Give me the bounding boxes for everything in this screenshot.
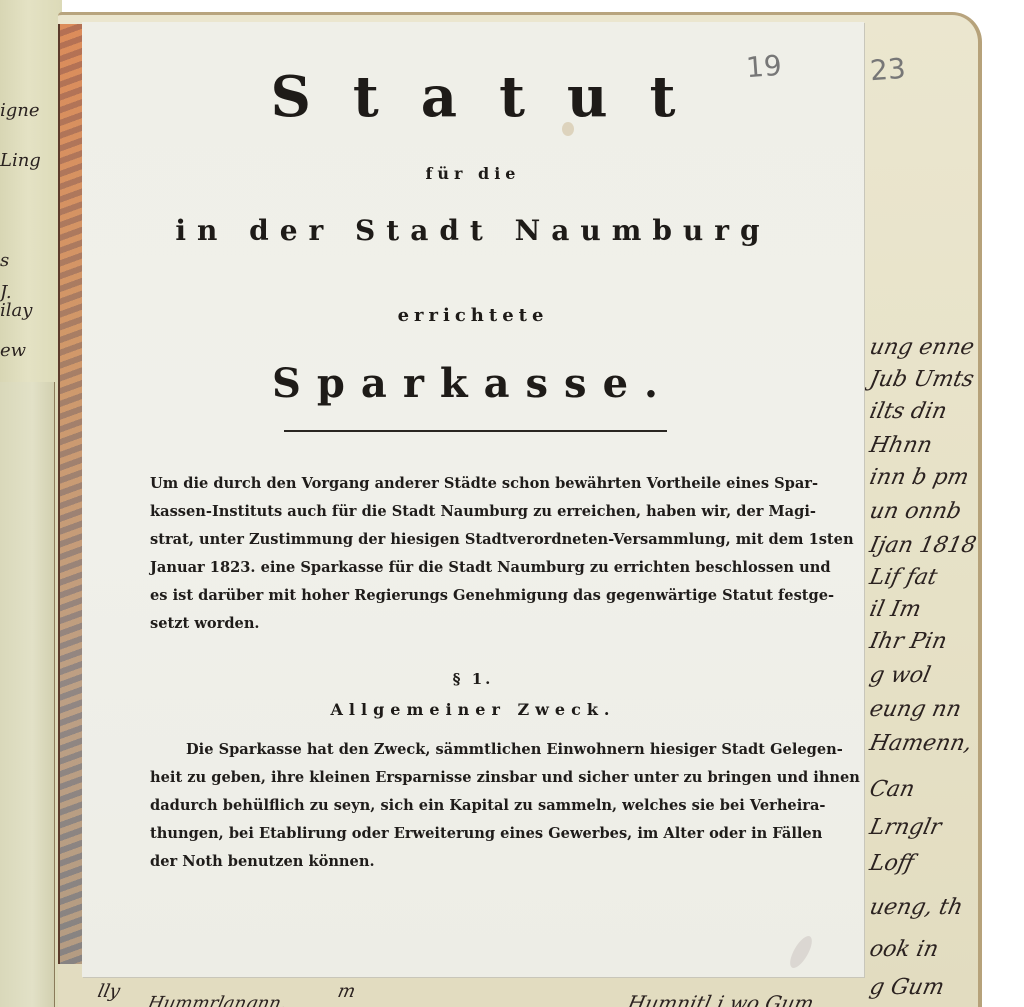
left-page-lower-leaf — [0, 382, 55, 1007]
text-line: Die Sparkasse hat den Zweck, sämmtlichen… — [150, 736, 790, 764]
title-divider-rule — [284, 430, 667, 432]
handwriting-fragment: ook in — [867, 937, 940, 962]
text-line: der Noth benutzen können. — [150, 848, 790, 876]
handwriting-fragment: Ling — [0, 150, 41, 171]
handwriting-fragment: un onnb — [867, 499, 963, 524]
handwriting-fragment: m — [336, 981, 358, 1002]
text-line: setzt worden. — [150, 610, 790, 638]
subtitle-stadt-naumburg: in der Stadt Naumburg — [82, 214, 864, 247]
handwriting-fragment: Humnitl i wo Gum — [625, 991, 816, 1007]
subtitle-fuer-die: für die — [82, 164, 864, 183]
handwriting-fragment: Hummrlangnn. — [146, 993, 289, 1007]
handwriting-fragment: Ijan 1818 — [867, 533, 978, 558]
handwriting-fragment: eung nn — [867, 697, 963, 722]
handwriting-fragment: ilay — [0, 300, 32, 321]
section-heading: Allgemeiner Zweck. — [82, 700, 864, 719]
text-line: es ist darüber mit hoher Regierungs Gene… — [150, 582, 790, 610]
handwriting-fragment: s — [0, 250, 9, 271]
handwriting-fragment: Ihr Pin — [867, 629, 949, 654]
section-paragraph: Die Sparkasse hat den Zweck, sämmtlichen… — [150, 736, 790, 876]
handwriting-fragment: ueng, th — [867, 895, 965, 920]
text-line: dadurch behülflich zu seyn, sich ein Kap… — [150, 792, 790, 820]
handwriting-fragment: Loff — [867, 851, 916, 876]
text-line: thungen, bei Etablirung oder Erweiterung… — [150, 820, 790, 848]
printed-statute-sheet: 19 Statut für die in der Stadt Naumburg … — [82, 22, 864, 977]
subtitle-sparkasse: Sparkasse. — [82, 360, 864, 407]
handwriting-fragment: ilts din — [867, 399, 949, 424]
handwriting-fragment: ew — [0, 340, 26, 361]
handwriting-fragment: Can — [867, 777, 916, 802]
handwriting-fragment: Hhnn — [867, 433, 934, 458]
handwriting-fragment: Lif fat — [867, 565, 939, 590]
handwriting-fragment: g Gum — [867, 975, 946, 1000]
text-line: Januar 1823. eine Sparkasse für die Stad… — [150, 554, 790, 582]
paper-stain — [786, 933, 816, 971]
handwriting-fragment: Jub Umts — [867, 367, 976, 392]
handwriting-fragment: Lrnglr — [867, 815, 943, 840]
text-line: Um die durch den Vorgang anderer Städte … — [150, 470, 790, 498]
handwriting-fragment: g wol — [867, 663, 933, 688]
handwriting-fragment: lly — [96, 981, 122, 1002]
document-photo: igne Ling s J. ilay ew 23 ung enne Jub U… — [0, 0, 1024, 1007]
manuscript-page-number: 23 — [869, 52, 907, 87]
handwriting-fragment: il Im — [867, 597, 923, 622]
preamble-paragraph: Um die durch den Vorgang anderer Städte … — [150, 470, 790, 638]
document-title: Statut — [82, 64, 864, 130]
text-line: kassen-Instituts auch für die Stadt Naum… — [150, 498, 790, 526]
handwriting-fragment: igne — [0, 100, 40, 121]
text-line: heit zu geben, ihre kleinen Ersparnisse … — [150, 764, 790, 792]
handwriting-fragment: Hamenn, — [867, 731, 974, 756]
subtitle-errichtete: errichtete — [82, 305, 864, 326]
text-line: strat, unter Zustimmung der hiesigen Sta… — [150, 526, 790, 554]
handwriting-fragment: inn b pm — [867, 465, 971, 490]
section-number: § 1. — [82, 670, 864, 688]
handwriting-fragment: ung enne — [867, 335, 976, 360]
